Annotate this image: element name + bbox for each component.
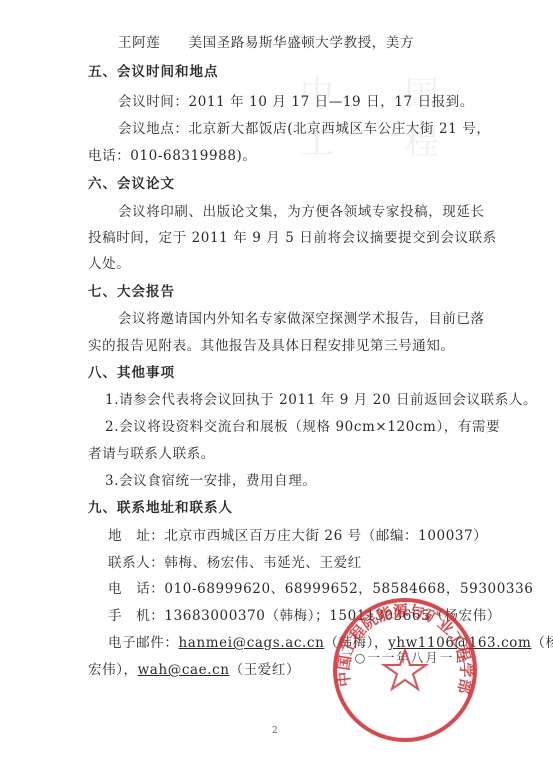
list-item-cont: 者请与联系人联系。 — [88, 445, 215, 463]
background-watermark: 中 国 工 程 — [300, 66, 553, 164]
meeting-venue: 会议地点：北京新大都饭店(北京西城区车公庄大街 21 号， — [118, 120, 490, 138]
section-heading-7: 七、大会报告 — [88, 283, 175, 301]
official-seal-icon: 中国工程院能源与矿业工程学部 — [330, 595, 480, 745]
meeting-time: 会议时间：2011 年 10 月 17 日—19 日，17 日报到。 — [118, 93, 474, 111]
address: 地 址：北京市西城区百万庄大街 26 号（邮编：100037） — [108, 527, 487, 545]
paragraph: 投稿时间，定于 2011 年 9 月 5 日前将会议摘要提交到会议联系 — [88, 229, 497, 247]
email-link-hanmei[interactable]: hanmei@cags.ac.cn — [179, 635, 325, 651]
section-heading-8: 八、其他事项 — [88, 364, 175, 382]
email-line-cont: 宏伟），wah@cae.cn（王爱红） — [88, 661, 300, 679]
section-heading-9: 九、联系地址和联系人 — [88, 499, 233, 517]
list-item: 2.会议将设资料交流台和展板（规格 90cm×120cm），有需要 — [105, 418, 500, 436]
email-owner: 宏伟）， — [88, 662, 138, 678]
contacts: 联系人：韩梅、杨宏伟、韦延光、王爱红 — [108, 554, 362, 572]
list-item: 1.请参会代表将会议回执于 2011 年 9 月 20 日前返回会议联系人。 — [105, 391, 537, 409]
list-item: 3.会议食宿统一安排，费用自理。 — [105, 472, 316, 490]
email-link-wah[interactable]: wah@cae.cn — [138, 662, 230, 678]
page-number: 2 — [272, 726, 278, 736]
email-label: 电子邮件： — [108, 635, 179, 651]
email-owner: （杨 — [531, 635, 553, 651]
paragraph: 人处。 — [88, 255, 130, 273]
paragraph: 会议将邀请国内外知名专家做深空探测学术报告，目前已落 — [118, 310, 485, 328]
paragraph: 会议将印刷、出版论文集，为方便各领域专家投稿，现延长 — [118, 203, 485, 221]
paragraph: 实的报告见附表。其他报告及具体日程安排见第三号通知。 — [88, 337, 455, 355]
section-heading-5: 五、会议时间和地点 — [88, 63, 219, 81]
person-line: 王阿莲 美国圣路易斯华盛顿大学教授，美方 — [118, 34, 414, 52]
email-owner: （王爱红） — [230, 662, 301, 678]
section-heading-6: 六、会议论文 — [88, 175, 175, 193]
venue-phone: 电话：010-68319988)。 — [88, 147, 257, 165]
